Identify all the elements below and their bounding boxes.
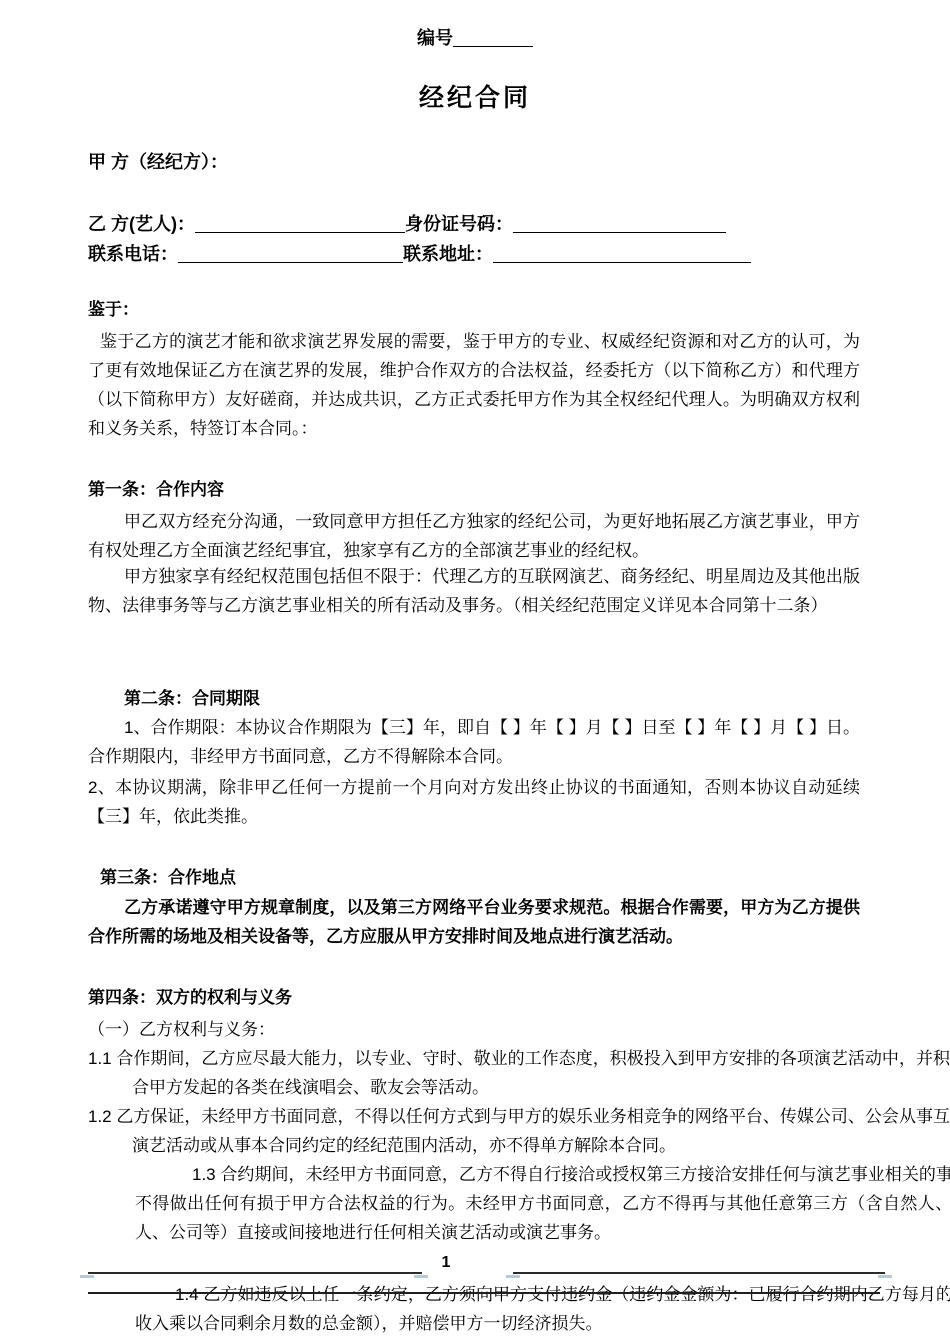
contract-page: 编号 经纪合同 甲 方（经纪方）： 乙 方(艺人)：身份证号码： 联系电话：联系… [0, 0, 950, 1344]
party-a-row: 甲 方（经纪方）： [88, 148, 860, 177]
clause-1-4: 1.4 乙方如违反以上任一条约定，乙方须向甲方支付违约金（违约金金额为：已履行合… [88, 1280, 950, 1338]
footer-rule-left [88, 1272, 422, 1274]
article-1-paragraph-2: 甲方独家享有经纪权范围包括但不限于：代理乙方的互联网演艺、商务经纪、明星周边及其… [88, 562, 860, 620]
doc-number-label: 编号 [417, 28, 453, 48]
doc-number-row: 编号 [0, 24, 950, 52]
clause-1-2: 1.2 乙方保证，未经甲方书面同意，不得以任何方式到与甲方的娱乐业务相竞争的网络… [88, 1102, 950, 1160]
id-number-blank [513, 214, 726, 233]
page-number: 1 [436, 1252, 456, 1274]
article-1-heading: 第一条：合作内容 [88, 475, 860, 504]
article-4-heading: 第四条：双方的权利与义务 [88, 983, 860, 1012]
footer-rule-right [513, 1272, 885, 1274]
article-2-paragraph-1: 1、合作期限：本协议合作期限为【三】年，即自【 】年【 】月【 】日至【 】年【… [88, 713, 860, 771]
address-label: 联系地址： [403, 244, 493, 264]
id-number-label: 身份证号码： [405, 214, 513, 234]
clause-1-3: 1.3 合约期间，未经甲方书面同意，乙方不得自行接洽或授权第三方接洽安排任何与演… [88, 1160, 950, 1247]
phone-label: 联系电话： [88, 244, 178, 264]
clause-1-1: 1.1 合作期间，乙方应尽最大能力，以专业、守时、敬业的工作态度，积极投入到甲方… [88, 1044, 950, 1102]
footer-rule-left-highlight-end [414, 1275, 428, 1278]
article-3-paragraph-1: 乙方承诺遵守甲方规章制度，以及第三方网络平台业务要求规范。根据合作需要，甲方为乙… [88, 893, 860, 951]
party-a-label: 甲 方（经纪方）： [88, 152, 228, 172]
party-b-name-blank [195, 214, 405, 233]
phone-blank [178, 244, 403, 263]
article-4-subheading: （一）乙方权利与义务： [88, 1015, 940, 1044]
footer-rule-right-highlight-start [506, 1275, 520, 1278]
whereas-paragraph: 鉴于乙方的演艺才能和欲求演艺界发展的需要，鉴于甲方的专业、权威经纪资源和对乙方的… [88, 327, 860, 443]
page-title: 经纪合同 [0, 80, 950, 116]
party-b-row: 乙 方(艺人)：身份证号码： [88, 210, 860, 239]
party-b-label: 乙 方(艺人)： [88, 214, 195, 234]
contact-row: 联系电话：联系地址： [88, 240, 860, 269]
doc-number-blank [453, 28, 533, 47]
footer-rule-right-highlight-end [878, 1275, 892, 1278]
article-1-paragraph-1: 甲乙双方经充分沟通，一致同意甲方担任乙方独家的经纪公司，为更好地拓展乙方演艺事业… [88, 507, 860, 565]
article-2-heading: 第二条：合同期限 [88, 684, 896, 713]
article-3-heading: 第三条：合作地点 [88, 863, 872, 892]
article-2-paragraph-2: 2、本协议期满，除非甲乙任何一方提前一个月向对方发出终止协议的书面通知，否则本协… [88, 773, 860, 831]
address-blank [493, 244, 751, 263]
page-break-line [88, 1292, 880, 1294]
footer-rule-left-highlight-start [80, 1275, 94, 1278]
whereas-heading: 鉴于： [88, 295, 860, 324]
